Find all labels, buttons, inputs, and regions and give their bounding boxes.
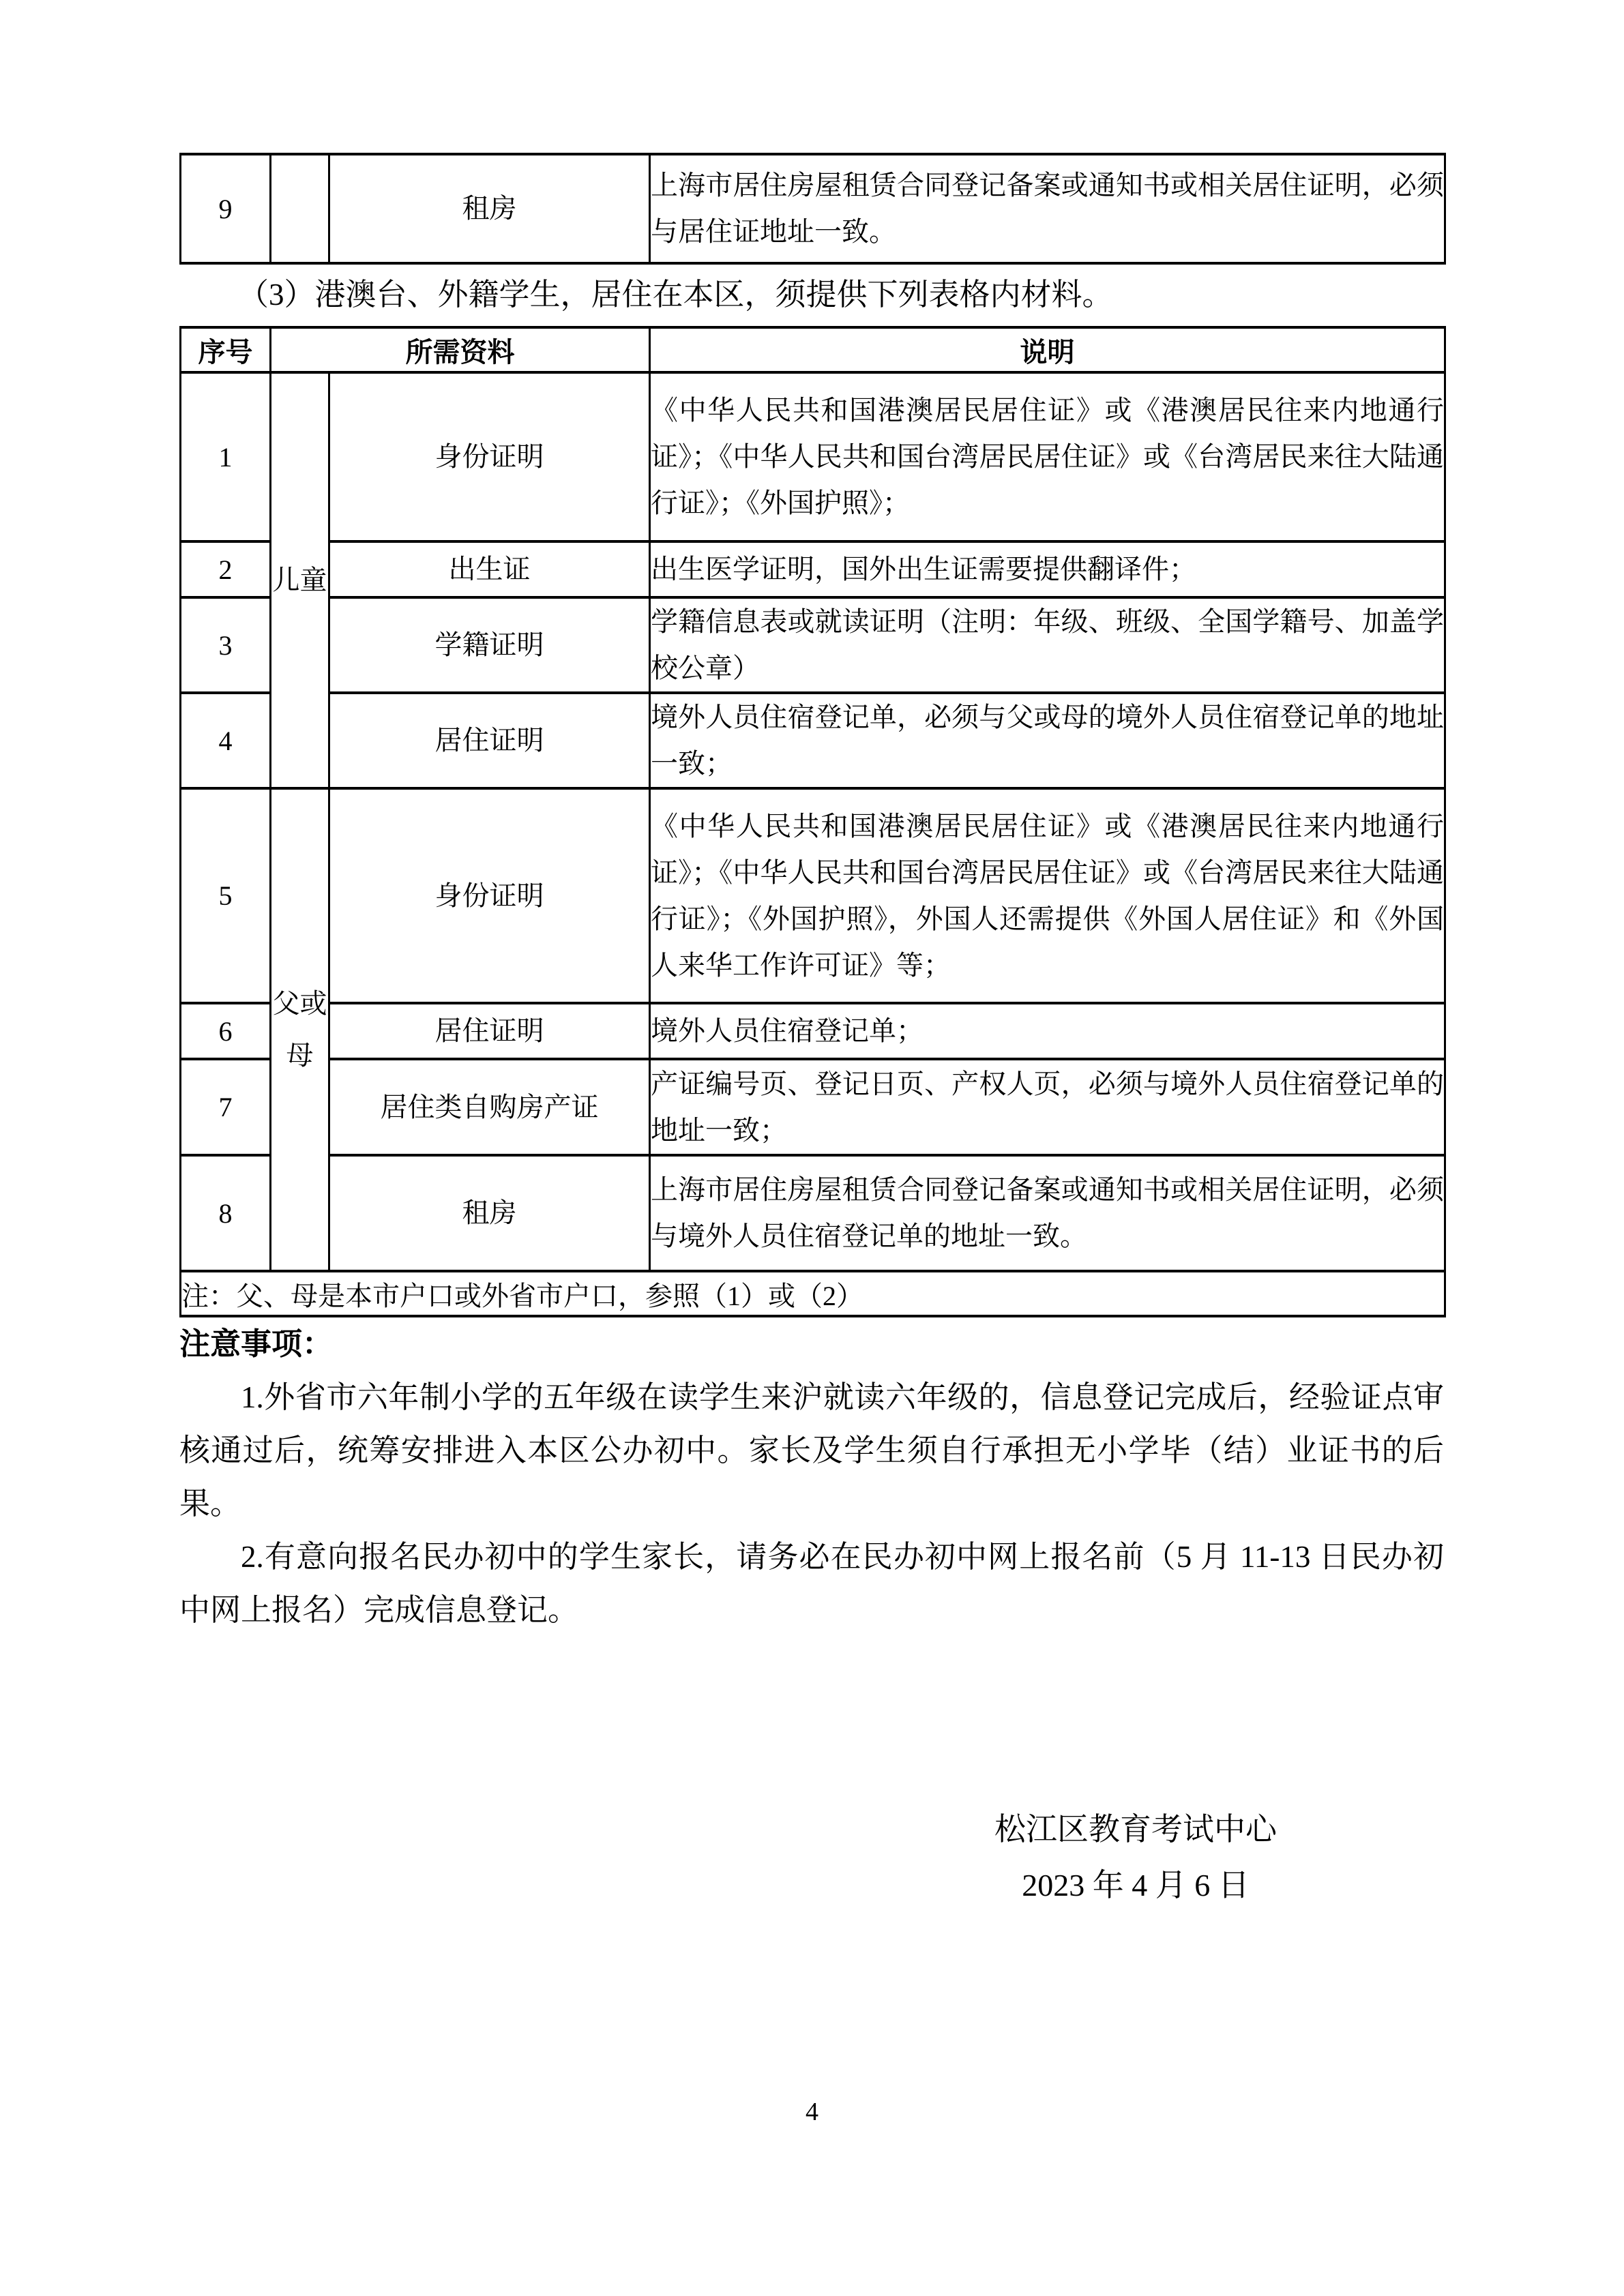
row-description: 产证编号页、登记日页、产权人页，必须与境外人员住宿登记单的地址一致；	[650, 1059, 1445, 1155]
row9-number: 9	[181, 154, 271, 263]
row-description: 上海市居住房屋租赁合同登记备案或通知书或相关居住证明，必须与境外人员住宿登记单的…	[650, 1155, 1445, 1271]
row-number: 3	[181, 597, 271, 693]
notice-section: 注意事项： 1.外省市六年制小学的五年级在读学生来沪就读六年级的，信息登记完成后…	[179, 1317, 1444, 1637]
row-number: 2	[181, 541, 271, 597]
table-header-row: 序号 所需资料 说明	[181, 327, 1445, 372]
header-description: 说明	[650, 327, 1445, 372]
section-heading: （3）港澳台、外籍学生，居住在本区，须提供下列表格内材料。	[238, 270, 1444, 319]
row-description: 境外人员住宿登记单；	[650, 1003, 1445, 1059]
notice-paragraph-2: 2.有意向报名民办初中的学生家长，请务必在民办初中网上报名前（5 月 11-13…	[179, 1530, 1444, 1637]
row-material: 出生证	[329, 541, 650, 597]
row-number: 4	[181, 693, 271, 788]
row9-group-empty	[271, 154, 329, 263]
table-row: 5 父或母 身份证明 《中华人民共和国港澳居民居住证》或《港澳居民往来内地通行证…	[181, 788, 1445, 1003]
header-material: 所需资料	[271, 327, 650, 372]
table-row: 7 居住类自购房产证 产证编号页、登记日页、产权人页，必须与境外人员住宿登记单的…	[181, 1059, 1445, 1155]
row-material: 学籍证明	[329, 597, 650, 693]
table-row: 6 居住证明 境外人员住宿登记单；	[181, 1003, 1445, 1059]
row-description: 境外人员住宿登记单，必须与父或母的境外人员住宿登记单的地址一致；	[650, 693, 1445, 788]
notice-paragraph-1: 1.外省市六年制小学的五年级在读学生来沪就读六年级的，信息登记完成后，经验证点审…	[179, 1371, 1444, 1530]
group-label-parent: 父或母	[271, 788, 329, 1271]
row-number: 1	[181, 372, 271, 541]
row-number: 6	[181, 1003, 271, 1059]
page-number: 4	[0, 2097, 1624, 2127]
table-row: 9 租房 上海市居住房屋租赁合同登记备案或通知书或相关居住证明，必须与居住证地址…	[181, 154, 1445, 263]
table-row: 1 儿童 身份证明 《中华人民共和国港澳居民居住证》或《港澳居民往来内地通行证》…	[181, 372, 1445, 541]
row-description: 出生医学证明，国外出生证需要提供翻译件；	[650, 541, 1445, 597]
row-description: 《中华人民共和国港澳居民居住证》或《港澳居民往来内地通行证》；《中华人民共和国台…	[650, 788, 1445, 1003]
table-hmt-foreign-materials: 序号 所需资料 说明 1 儿童 身份证明 《中华人民共和国港澳居民居住证》或《港…	[179, 326, 1446, 1317]
table-row: 3 学籍证明 学籍信息表或就读证明（注明：年级、班级、全国学籍号、加盖学校公章）	[181, 597, 1445, 693]
row-number: 8	[181, 1155, 271, 1271]
row-number: 5	[181, 788, 271, 1003]
row9-description: 上海市居住房屋租赁合同登记备案或通知书或相关居住证明，必须与居住证地址一致。	[650, 154, 1445, 263]
table-note: 注：父、母是本市户口或外省市户口，参照（1）或（2）	[181, 1271, 1445, 1316]
document-page: 9 租房 上海市居住房屋租赁合同登记备案或通知书或相关居住证明，必须与居住证地址…	[0, 0, 1624, 2296]
table-row: 2 出生证 出生医学证明，国外出生证需要提供翻译件；	[181, 541, 1445, 597]
signature-organization: 松江区教育考试中心	[791, 1802, 1480, 1858]
row-description: 学籍信息表或就读证明（注明：年级、班级、全国学籍号、加盖学校公章）	[650, 597, 1445, 693]
group-label-child: 儿童	[271, 372, 329, 788]
notice-title: 注意事项：	[179, 1317, 1444, 1371]
table-row: 4 居住证明 境外人员住宿登记单，必须与父或母的境外人员住宿登记单的地址一致；	[181, 693, 1445, 788]
row-material: 居住类自购房产证	[329, 1059, 650, 1155]
row-number: 7	[181, 1059, 271, 1155]
row9-material: 租房	[329, 154, 650, 263]
table-note-row: 注：父、母是本市户口或外省市户口，参照（1）或（2）	[181, 1271, 1445, 1316]
row-material: 居住证明	[329, 693, 650, 788]
row-material: 身份证明	[329, 788, 650, 1003]
table-residence-continued: 9 租房 上海市居住房屋租赁合同登记备案或通知书或相关居住证明，必须与居住证地址…	[179, 153, 1446, 265]
table-row: 8 租房 上海市居住房屋租赁合同登记备案或通知书或相关居住证明，必须与境外人员住…	[181, 1155, 1445, 1271]
page-content: 9 租房 上海市居住房屋租赁合同登记备案或通知书或相关居住证明，必须与居住证地址…	[179, 153, 1444, 1637]
row-material: 居住证明	[329, 1003, 650, 1059]
row-material: 租房	[329, 1155, 650, 1271]
row-material: 身份证明	[329, 372, 650, 541]
signature-date: 2023 年 4 月 6 日	[791, 1858, 1480, 1913]
header-seq: 序号	[181, 327, 271, 372]
row-description: 《中华人民共和国港澳居民居住证》或《港澳居民往来内地通行证》；《中华人民共和国台…	[650, 372, 1445, 541]
signature-block: 松江区教育考试中心 2023 年 4 月 6 日	[791, 1802, 1480, 1913]
